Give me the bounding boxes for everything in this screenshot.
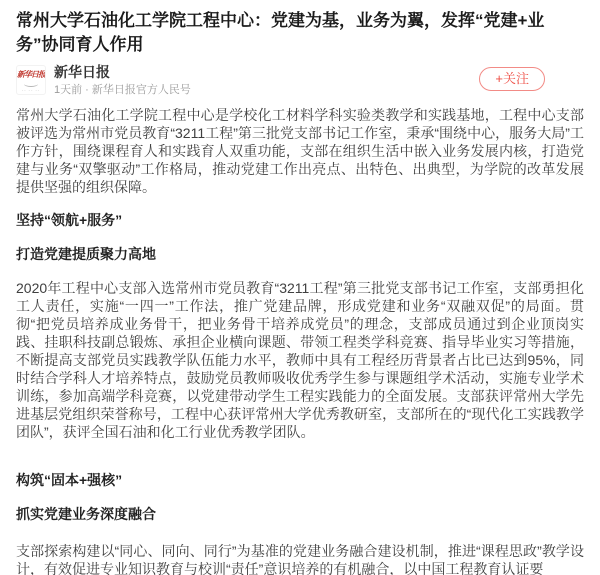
paragraph-intro: 常州大学石油化工学院工程中心是学校化工材料学科实验类教学和实践基地，工程中心支部… bbox=[16, 106, 584, 196]
publisher-name[interactable]: 新华日报 bbox=[54, 65, 191, 80]
article-body: 常州大学石油化工学院工程中心是学校化工材料学科实验类教学和实践基地，工程中心支部… bbox=[16, 106, 584, 575]
paragraph-integration-mechanism: 支部探索构建以“同心、同向、同行”为基准的党建业务融合建设机制，推进“课程思政”… bbox=[16, 542, 584, 575]
section-subheading-party-building-highland: 打造党建提质聚力高地 bbox=[16, 246, 584, 263]
publisher-row: 新华日报 -- -- -- 新华日报 1天前 · 新华日报官方人民号 +关注 bbox=[16, 65, 584, 97]
paragraph-party-building-achievements: 2020年工程中心支部入选常州市党员教育“3211工程”第三批党支部书记工作室，… bbox=[16, 279, 584, 441]
section-subheading-deep-integration: 抓实党建业务深度融合 bbox=[16, 506, 584, 523]
section-heading-lead-service: 坚持“领航+服务” bbox=[16, 212, 584, 229]
publisher-avatar[interactable]: 新华日报 -- -- -- bbox=[16, 65, 46, 95]
section-heading-consolidate-strengthen: 构筑“固本+强核” bbox=[16, 472, 584, 489]
follow-button[interactable]: +关注 bbox=[479, 67, 545, 91]
publisher-info: 新华日报 1天前 · 新华日报官方人民号 bbox=[54, 65, 191, 96]
publish-time-and-source: 1天前 · 新华日报官方人民号 bbox=[54, 84, 191, 96]
article-page: 常州大学石油化工学院工程中心：党建为基，业务为翼，发挥“党建+业务”协同育人作用… bbox=[0, 0, 600, 575]
xinhua-daily-logo: 新华日报 bbox=[17, 69, 45, 80]
article-title: 常州大学石油化工学院工程中心：党建为基，业务为翼，发挥“党建+业务”协同育人作用 bbox=[16, 9, 584, 57]
logo-dashes-decoration: -- -- -- bbox=[17, 87, 45, 93]
